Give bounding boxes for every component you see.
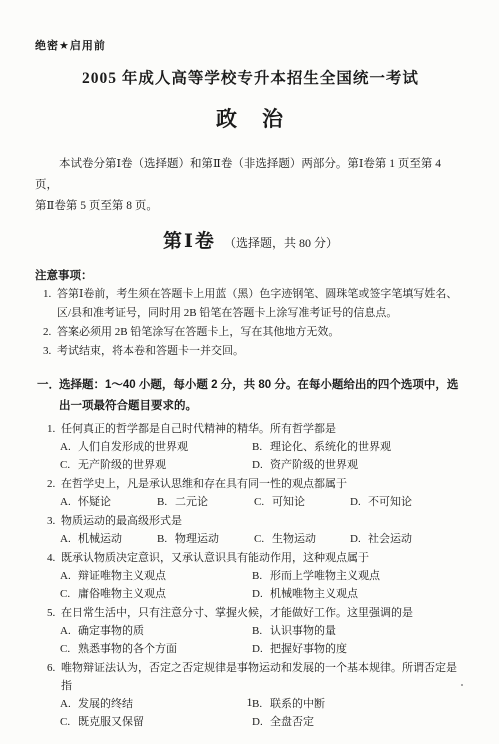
option-a: A.机械运动	[60, 530, 157, 548]
question-5: 5. 在日常生活中，只有注意分寸、掌握火候，才能做好工作。这里强调的是 A.确定…	[35, 604, 466, 658]
option-text: 怀疑论	[78, 496, 111, 508]
question-text: 唯物辩证法认为，否定之否定规律是事物运动和发展的一个基本规律。所谓否定是指	[61, 659, 466, 695]
question-number: 2.	[47, 475, 61, 493]
question-2: 2. 在哲学史上，凡是承认思维和存在具有同一性的观点都属于 A.怀疑论 B.二元…	[35, 475, 466, 511]
option-text: 二元论	[175, 496, 208, 508]
option-label: B.	[252, 622, 263, 640]
option-label: C.	[254, 530, 265, 548]
question-number: 3.	[47, 512, 61, 530]
question-1: 1. 任何真正的哲学都是自己时代精神的精华。所有哲学都是 A.人们自发形成的世界…	[35, 420, 466, 474]
volume-1-heading: 第Ⅰ卷 （选择题，共 80 分）	[35, 226, 466, 253]
option-group: A.辩证唯物主义观点 B.形而上学唯物主义观点 C.庸俗唯物主义观点 D.机械唯…	[60, 567, 466, 603]
volume-1-title: 第Ⅰ卷	[163, 231, 216, 252]
option-label: D.	[350, 493, 361, 511]
option-label: B.	[157, 530, 168, 548]
notice-text: 考试结束，将本卷和答题卡一并交回。	[57, 342, 466, 361]
option-label: C.	[60, 456, 71, 474]
option-group: A.怀疑论 B.二元论 C.可知论 D.不可知论	[60, 493, 466, 511]
part-1-heading: 一． 选择题：1～40 小题，每小题 2 分，共 80 分。在每小题给出的四个选…	[35, 375, 466, 417]
option-b: B.形而上学唯物主义观点	[252, 567, 466, 585]
option-d: D.全盘否定	[252, 713, 466, 731]
option-label: C.	[60, 713, 71, 731]
option-d: D.机械唯物主义观点	[252, 585, 466, 603]
option-label: D.	[252, 713, 263, 731]
option-label: D.	[252, 456, 263, 474]
option-c: C.既克服又保留	[60, 713, 252, 731]
question-stem: 4. 既承认物质决定意识，又承认意识具有能动作用，这种观点属于	[35, 549, 466, 567]
option-text: 把握好事物的度	[270, 643, 347, 655]
option-text: 理论化、系统化的世界观	[270, 441, 391, 453]
notice-number: 3.	[43, 342, 57, 361]
option-d: D.资产阶级的世界观	[252, 456, 466, 474]
option-a: A.确定事物的质	[60, 622, 252, 640]
option-text: 形而上学唯物主义观点	[270, 570, 380, 582]
notice-list: 1. 答第Ⅰ卷前，考生须在答题卡上用蓝（黑）色字迹钢笔、圆珠笔或签字笔填写姓名、…	[35, 285, 466, 361]
option-label: B.	[157, 493, 168, 511]
option-text: 熟悉事物的各个方面	[78, 643, 177, 655]
option-b: B.物理运动	[157, 530, 254, 548]
option-b: B.理论化、系统化的世界观	[252, 438, 466, 456]
option-d: D.把握好事物的度	[252, 640, 466, 658]
option-text: 机械唯物主义观点	[270, 588, 358, 600]
option-label: A.	[60, 530, 71, 548]
option-c: C.庸俗唯物主义观点	[60, 585, 252, 603]
notice-item: 2. 答案必须用 2B 铅笔涂写在答题卡上，写在其他地方无效。	[35, 323, 466, 342]
option-label: A.	[60, 438, 71, 456]
notice-number: 1.	[43, 285, 57, 323]
question-text: 任何真正的哲学都是自己时代精神的精华。所有哲学都是	[61, 420, 466, 438]
notice-number: 2.	[43, 323, 57, 342]
intro-paragraph: 本试卷分第Ⅰ卷（选择题）和第Ⅱ卷（非选择题）两部分。第Ⅰ卷第 1 页至第 4 页…	[35, 154, 466, 217]
option-label: A.	[60, 567, 71, 585]
question-stem: 2. 在哲学史上，凡是承认思维和存在具有同一性的观点都属于	[35, 475, 466, 493]
option-label: C.	[60, 640, 71, 658]
option-text: 庸俗唯物主义观点	[78, 588, 166, 600]
notice-item: 3. 考试结束，将本卷和答题卡一并交回。	[35, 342, 466, 361]
question-4: 4. 既承认物质决定意识，又承认意识具有能动作用，这种观点属于 A.辩证唯物主义…	[35, 549, 466, 603]
notice-section-title: 注意事项：	[35, 267, 466, 283]
option-text: 生物运动	[272, 533, 316, 545]
option-group: A.确定事物的质 B.认识事物的量 C.熟悉事物的各个方面 D.把握好事物的度	[60, 622, 466, 658]
part-1-label: 一．	[37, 375, 59, 417]
volume-1-subtitle: （选择题，共 80 分）	[224, 236, 338, 250]
question-number: 6.	[47, 659, 61, 695]
option-text: 全盘否定	[270, 716, 314, 728]
option-label: B.	[252, 438, 263, 456]
option-a: A.辩证唯物主义观点	[60, 567, 252, 585]
question-list: 1. 任何真正的哲学都是自己时代精神的精华。所有哲学都是 A.人们自发形成的世界…	[35, 420, 466, 731]
part-1-instructions: 选择题：1～40 小题，每小题 2 分，共 80 分。在每小题给出的四个选项中，…	[59, 375, 466, 417]
question-stem: 3. 物质运动的最高级形式是	[35, 512, 466, 530]
option-c: C.生物运动	[254, 530, 350, 548]
question-text: 既承认物质决定意识，又承认意识具有能动作用，这种观点属于	[61, 549, 466, 567]
option-text: 辩证唯物主义观点	[78, 570, 166, 582]
question-number: 1.	[47, 420, 61, 438]
option-text: 不可知论	[368, 496, 412, 508]
subject-title: 政 治	[35, 103, 466, 133]
option-text: 资产阶级的世界观	[270, 459, 358, 471]
option-text: 人们自发形成的世界观	[78, 441, 188, 453]
question-number: 4.	[47, 549, 61, 567]
option-b: B.认识事物的量	[252, 622, 466, 640]
option-text: 社会运动	[368, 533, 412, 545]
option-text: 认识事物的量	[270, 625, 336, 637]
question-text: 物质运动的最高级形式是	[61, 512, 466, 530]
notice-text: 答第Ⅰ卷前，考生须在答题卡上用蓝（黑）色字迹钢笔、圆珠笔或签字笔填写姓名、区/县…	[57, 285, 466, 323]
exam-paper-page: 绝密★启用前 2005 年成人高等学校专升本招生全国统一考试 政 治 本试卷分第…	[0, 0, 499, 744]
option-group: A.机械运动 B.物理运动 C.生物运动 D.社会运动	[60, 530, 466, 548]
option-text: 物理运动	[175, 533, 219, 545]
notice-item: 1. 答第Ⅰ卷前，考生须在答题卡上用蓝（黑）色字迹钢笔、圆珠笔或签字笔填写姓名、…	[35, 285, 466, 323]
exam-title: 2005 年成人高等学校专升本招生全国统一考试	[35, 66, 466, 88]
option-text: 既克服又保留	[78, 716, 144, 728]
option-c: C.熟悉事物的各个方面	[60, 640, 252, 658]
notice-text: 答案必须用 2B 铅笔涂写在答题卡上，写在其他地方无效。	[57, 323, 466, 342]
option-label: D.	[252, 640, 263, 658]
question-stem: 5. 在日常生活中，只有注意分寸、掌握火候，才能做好工作。这里强调的是	[35, 604, 466, 622]
option-label: D.	[252, 585, 263, 603]
question-number: 5.	[47, 604, 61, 622]
question-text: 在哲学史上，凡是承认思维和存在具有同一性的观点都属于	[61, 475, 466, 493]
option-label: D.	[350, 530, 361, 548]
option-c: C.可知论	[254, 493, 350, 511]
option-text: 可知论	[272, 496, 305, 508]
question-stem: 1. 任何真正的哲学都是自己时代精神的精华。所有哲学都是	[35, 420, 466, 438]
option-label: C.	[254, 493, 265, 511]
option-b: B.二元论	[157, 493, 254, 511]
question-3: 3. 物质运动的最高级形式是 A.机械运动 B.物理运动 C.生物运动 D.社会…	[35, 512, 466, 548]
option-d: D.社会运动	[350, 530, 466, 548]
option-label: B.	[252, 567, 263, 585]
question-text: 在日常生活中，只有注意分寸、掌握火候，才能做好工作。这里强调的是	[61, 604, 466, 622]
option-text: 无产阶级的世界观	[78, 459, 166, 471]
option-label: C.	[60, 585, 71, 603]
intro-line-1: 本试卷分第Ⅰ卷（选择题）和第Ⅱ卷（非选择题）两部分。第Ⅰ卷第 1 页至第 4 页…	[35, 154, 466, 196]
option-text: 机械运动	[78, 533, 122, 545]
classification-label: 绝密★启用前	[35, 37, 466, 53]
option-label: A.	[60, 493, 71, 511]
option-group: A.人们自发形成的世界观 B.理论化、系统化的世界观 C.无产阶级的世界观 D.…	[60, 438, 466, 474]
page-number: 1	[0, 695, 499, 710]
option-a: A.怀疑论	[60, 493, 157, 511]
option-a: A.人们自发形成的世界观	[60, 438, 252, 456]
option-text: 确定事物的质	[78, 625, 144, 637]
intro-line-2: 第Ⅱ卷第 5 页至第 8 页。	[35, 196, 466, 217]
scan-artifact-dot	[461, 684, 463, 686]
option-d: D.不可知论	[350, 493, 466, 511]
option-c: C.无产阶级的世界观	[60, 456, 252, 474]
option-label: A.	[60, 622, 71, 640]
question-stem: 6. 唯物辩证法认为，否定之否定规律是事物运动和发展的一个基本规律。所谓否定是指	[35, 659, 466, 695]
